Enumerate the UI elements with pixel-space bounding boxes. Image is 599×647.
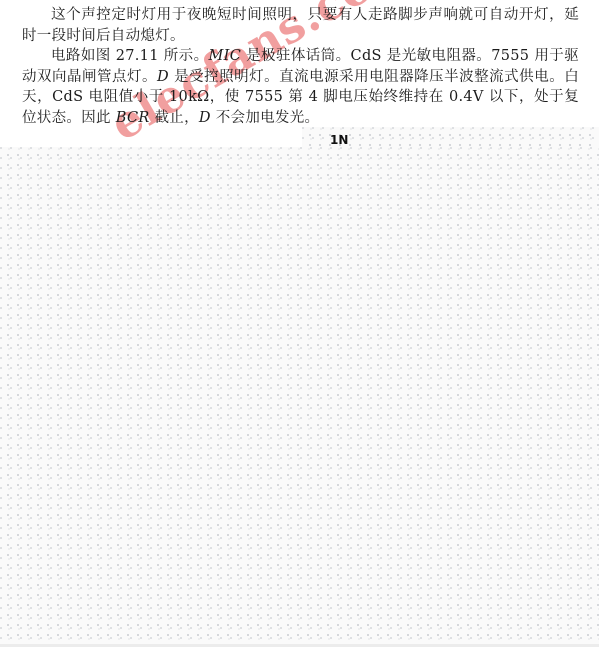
document-page: elecfans.com 这个声控定时灯用于夜晚短时间照明，只要有人走路脚步声响…	[0, 0, 599, 647]
paragraph: 这个声控定时灯用于夜晚短时间照明，只要有人走路脚步声响就可自动开灯，延时一段时间…	[22, 5, 579, 46]
figure-label: 1N	[330, 133, 348, 147]
paragraph: 电路如图 27.11 所示。MIC 是极驻体话筒。CdS 是光敏电阻器。7555…	[22, 46, 579, 128]
italic-term: D	[157, 69, 169, 85]
text-segment: 截止，	[150, 110, 199, 126]
text-segment: 电路如图 27.11 所示。	[51, 48, 209, 64]
text-segment: 这个声控定时灯用于夜晚短时间照明，只要有人走路脚步声响就可自动开灯，延时一段时间…	[22, 7, 579, 44]
italic-term: D	[199, 110, 211, 126]
text-segment: 不会加电发光。	[211, 110, 320, 126]
italic-term: BCR	[116, 110, 150, 126]
body-text: 这个声控定时灯用于夜晚短时间照明，只要有人走路脚步声响就可自动开灯，延时一段时间…	[22, 5, 579, 128]
italic-term: MIC	[209, 48, 242, 64]
scan-texture-main	[0, 147, 599, 647]
